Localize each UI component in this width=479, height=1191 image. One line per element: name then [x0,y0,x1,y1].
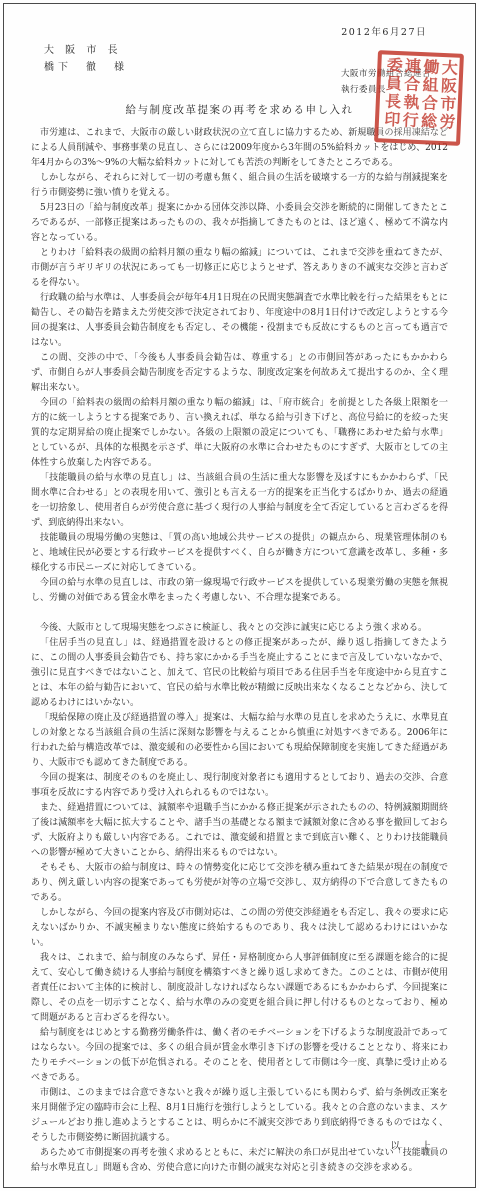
paragraph: あらためて市側提案の再考を強く求めるとともに、未だに解決の糸口が見出せていない「… [31,1146,448,1176]
paragraph: 今回の給与水準の見直しは、市政の第一線現場で行政サービスを提供している現業労働の… [31,576,448,606]
paragraph: 5月23日の「給与制度改革」提案にかかる団体交渉以降、小委員会交渉を断続的に開催… [31,201,448,246]
paragraph: 今回の提案は、制度そのものを廃止し、現行制度対象者にも適用するとしており、過去の… [31,771,448,801]
red-seal-stamp-icon: 大阪市労 働組合総 連合執行 委員長印 [374,50,464,146]
paragraph: 市側は、このままでは合意できないと我々が繰り返し主張しているにも関わらず、給与条… [31,1086,448,1146]
paragraph: 技能職員の現場労働の実態は、「質の高い地域公共サービスの提供」の観点から、現業管… [31,531,448,576]
closing-phrase: 以 上 [390,1138,437,1152]
addressee-title: 大 阪 市 長 [44,42,128,59]
seal-text-column: 委員長印 [381,56,401,137]
document-date: 2012年6月27日 [341,24,427,38]
addressee-block: 大 阪 市 長 橋下 徹 様 [44,42,128,76]
paragraph: 我々は、これまで、給与制度のみならず、昇任・昇格制度から人事評価制度に至る課題を… [31,951,448,1026]
addressee-name: 橋下 徹 様 [44,59,128,76]
paragraph: とりわけ「給料表の級間の給料月額の重なり幅の縮減」については、これまで交渉を重ね… [31,246,448,291]
paragraph: しかしながら、それらに対して一切の考慮も無く、組合員の生活を破壊する一方的な給与… [31,171,448,201]
body-paragraphs: 市労連は、これまで、大阪市の厳しい財政状況の立て直しに協力するため、新規職員の採… [31,126,448,1176]
paragraph: 今後、大阪市として現場実態をつぶさに検証し、我々との交渉に誠実に応じるよう強く求… [31,621,448,636]
seal-text-column: 働組合総 [418,58,438,139]
document-page: 2012年6月27日 大 阪 市 長 橋下 徹 様 大阪市労働組合総連合 執行委… [0,0,479,1191]
paragraph: この間、交渉の中で、「今後も人事委員会勧告は、尊重する」との市側回答があったにも… [31,351,448,396]
paragraph: 「技能職員の給与水準の見直し」は、当該組合員の生活に重大な影響を及ぼすにもかかわ… [31,471,448,531]
paragraph: 給与制度をはじめとする勤務労働条件は、働く者のモチベーションを下げるような制度設… [31,1026,448,1086]
paragraph: 今回の「給料表の級間の給料月額の重なり幅の縮減」は、「府市統合」を前提とした各級… [31,396,448,471]
paragraph: 「住居手当の見直し」は、経過措置を設けるとの修正提案があったが、繰り返し指摘して… [31,636,448,711]
paragraph: また、経過措置については、減額率や退職手当にかかる修正提案が示されたものの、特例… [31,801,448,861]
paragraph: しかしながら、今回の提案内容及び市側対応は、この間の労使交渉経過をも否定し、我々… [31,906,448,951]
seal-text-column: 連合執行 [400,57,420,138]
paragraph: そもそも、大阪市の給与制度は、時々の情勢変化に応じて交渉を積み重ねてきた結果が現… [31,861,448,906]
seal-text-column: 大阪市労 [436,59,456,140]
paragraph: 行政職の給与水準は、人事委員会が毎年4月1日現在の民間実態調査で水準比較を行った… [31,291,448,351]
paragraph: 「現給保障の廃止及び経過措置の導入」提案は、大幅な給与水準の見直しを求めたうえに… [31,711,448,771]
